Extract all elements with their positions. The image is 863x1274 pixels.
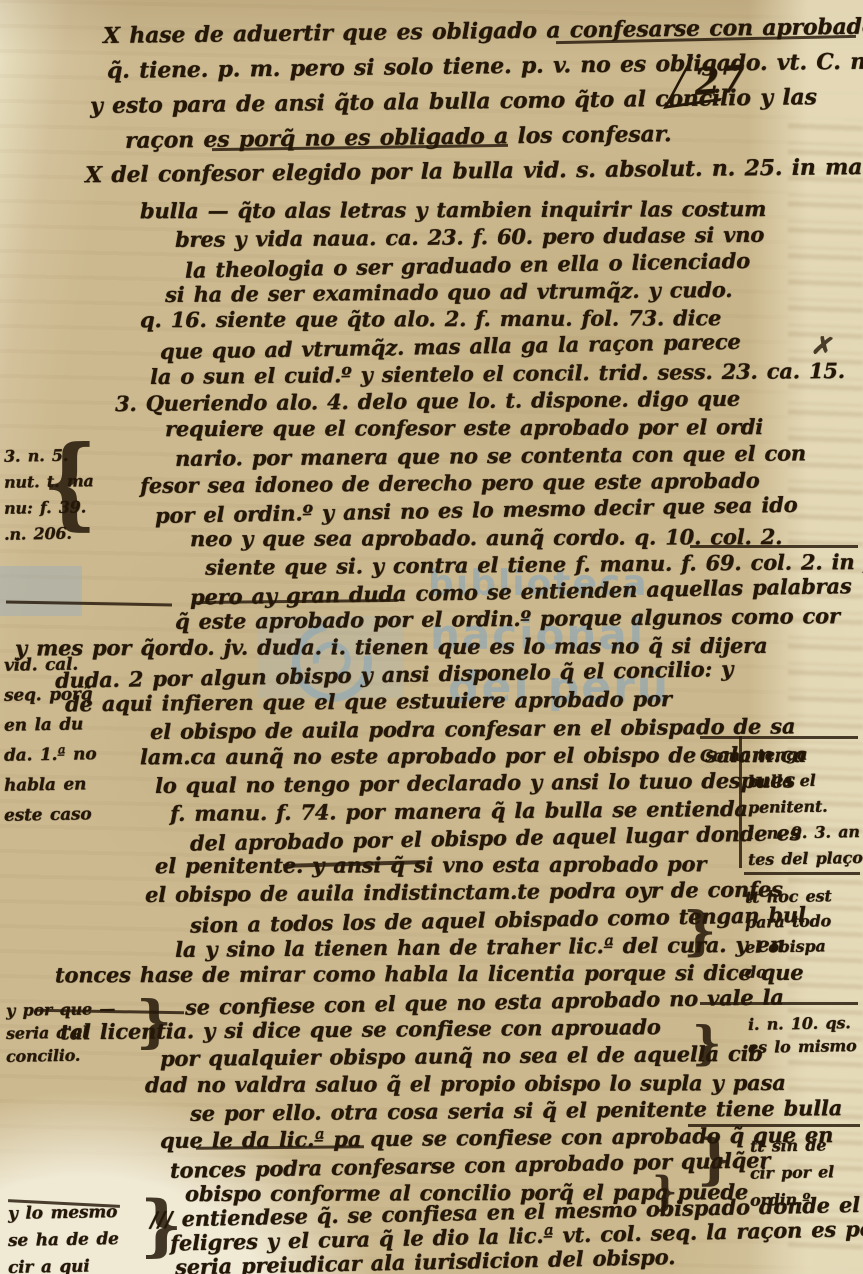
margin-note-line: concilio. xyxy=(6,1043,115,1068)
brace-icon: { xyxy=(42,434,97,533)
ink-rule xyxy=(700,736,858,739)
margin-note-line: este caso xyxy=(4,799,97,831)
margin-note-right-ordinario: tt sin decir por elordin.º xyxy=(750,1132,834,1213)
margin-note-line: seq. porq̃ xyxy=(4,679,97,711)
margin-note-line: para todo xyxy=(745,908,832,935)
opening-note-block: X hase de aduertir que es obligado a con… xyxy=(95,14,863,154)
margin-note-line: tes del plaço xyxy=(748,845,863,873)
margin-note-line: en la du xyxy=(4,709,97,741)
brace-icon: } xyxy=(692,1020,722,1066)
main-text-block: bulla — q̃to alas letras y tambien inqui… xyxy=(130,196,840,1206)
margin-note-line: es lo mismo xyxy=(748,1034,857,1059)
manuscript-line: por qualquier obispo aunq̃ no sea el de … xyxy=(160,1039,840,1072)
brace-icon: } xyxy=(652,1172,678,1212)
margin-note-line: tt sin de xyxy=(750,1131,834,1159)
margin-note-line: i. n. 10. qs. xyxy=(748,1011,857,1036)
subject-line: X del confesor elegido por la bulla vid.… xyxy=(85,154,863,188)
margin-note-line: seria d'el xyxy=(6,1020,115,1045)
margin-note-line: i. n. 9. 3. an xyxy=(748,819,863,847)
ink-rule xyxy=(700,1002,858,1005)
ink-rule xyxy=(744,872,860,875)
margin-note-line: da. 1.ª no xyxy=(4,739,97,771)
margin-note-right-bulla: Como tengabulla elpenitent.i. n. 9. 3. a… xyxy=(700,742,863,872)
margin-note-line: bulla el xyxy=(748,767,863,795)
margin-note-line: do xyxy=(745,958,832,985)
margin-note-line: cir por el xyxy=(750,1158,834,1186)
manuscript-page: biblioteca nacional del perú X hase de a… xyxy=(0,0,863,1274)
brace-icon: } xyxy=(697,1132,732,1186)
margin-note-line: ordin.º xyxy=(750,1185,834,1213)
folio-number: 27 xyxy=(693,56,747,103)
brace-icon: } xyxy=(140,1192,182,1258)
brace-icon: } xyxy=(683,906,716,958)
ink-rule xyxy=(690,545,858,548)
margin-note-line: tt hoc est xyxy=(745,883,832,910)
margin-note-line: el obispa xyxy=(745,933,832,960)
brace-icon: } xyxy=(136,994,172,1050)
ink-rule-vertical xyxy=(739,736,742,868)
margin-note-line: se ha de de xyxy=(8,1226,119,1255)
margin-note-line: penitent. xyxy=(748,793,863,821)
margin-note-line: Como tenga xyxy=(700,741,863,770)
margin-note-right-hoc-est: tt hoc estpara todoel obispado xyxy=(745,884,832,984)
manuscript-line: requiere que el confesor este aprobado p… xyxy=(165,413,840,443)
margin-note-left-vid-cal: vid. cal.seq. porq̃en la duda. 1.ª nohab… xyxy=(4,650,96,830)
margin-note-line: habla en xyxy=(4,769,97,801)
watermark-edge-block xyxy=(0,566,82,616)
margin-note-line: vid. cal. xyxy=(4,649,97,681)
manuscript-line: neo y que sea aprobado. aunq̃ cordo. q. … xyxy=(190,522,840,552)
manuscript-line: dad no valdra saluo q̃ el propio obispo … xyxy=(145,1068,840,1098)
margin-note-line: cir a qui xyxy=(8,1253,119,1274)
margin-note-right-es-lo-mismo: i. n. 10. qs.es lo mismo xyxy=(748,1012,857,1058)
manuscript-line: el obispo de auila podra confesar en el … xyxy=(150,712,840,745)
manuscript-line: q̃ este aprobado por el ordin.º porque a… xyxy=(175,603,840,636)
margin-note-left-lo-mesmo: y lo mesmose ha de decir a qui xyxy=(8,1200,119,1274)
